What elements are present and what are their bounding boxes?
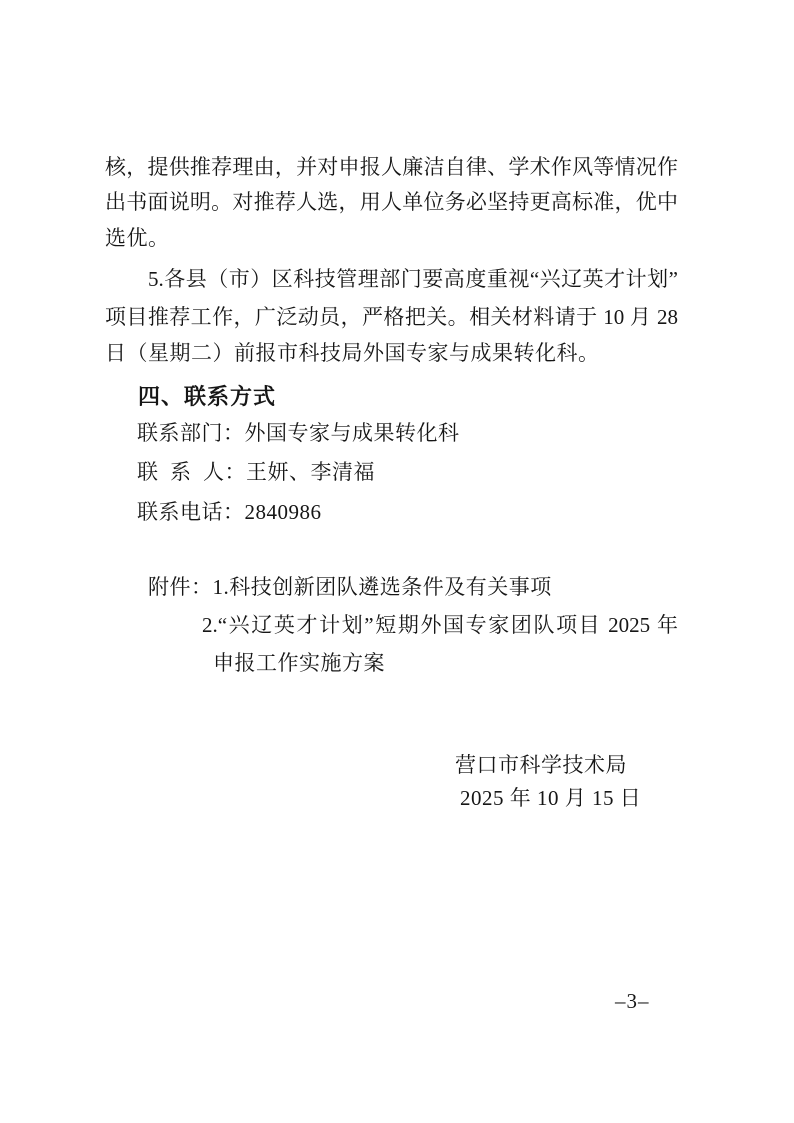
paragraph-5-line-3: 日（星期二）前报市科技局外国专家与成果转化科。 [105, 340, 600, 366]
attachment-item-2-continuation: 申报工作实施方案 [213, 650, 385, 676]
attachment-item-1-line: 附件：1.科技创新团队遴选条件及有关事项 [148, 574, 552, 600]
page-number: –3– [615, 988, 650, 1014]
paragraph-5-line-1: 5.各县（市）区科技管理部门要高度重视“兴辽英才计划” [148, 266, 678, 292]
signature-issuer: 营口市科学技术局 [455, 752, 627, 778]
paragraph-5-line-2: 项目推荐工作，广泛动员，严格把关。相关材料请于 10 月 28 [105, 304, 678, 330]
contact-phone-line: 联系电话：2840986 [137, 499, 322, 525]
contact-department-line: 联系部门：外国专家与成果转化科 [137, 420, 460, 446]
section-heading-contact: 四、联系方式 [138, 383, 276, 411]
attachment-item-2-line: 2.“兴辽英才计划”短期外国专家团队项目 2025 年 [202, 612, 678, 638]
contact-person-line: 联 系 人：王妍、李清福 [137, 459, 375, 485]
paragraph-continuation-line-1: 核，提供推荐理由，并对申报人廉洁自律、学术作风等情况作 [105, 154, 678, 180]
paragraph-continuation-line-2: 出书面说明。对推荐人选，用人单位务必坚持更高标准，优中 [105, 189, 678, 215]
signature-date: 2025 年 10 月 15 日 [460, 785, 641, 811]
document-page: 核，提供推荐理由，并对申报人廉洁自律、学术作风等情况作 出书面说明。对推荐人选，… [0, 0, 794, 1123]
paragraph-continuation-line-3: 选优。 [105, 225, 170, 251]
